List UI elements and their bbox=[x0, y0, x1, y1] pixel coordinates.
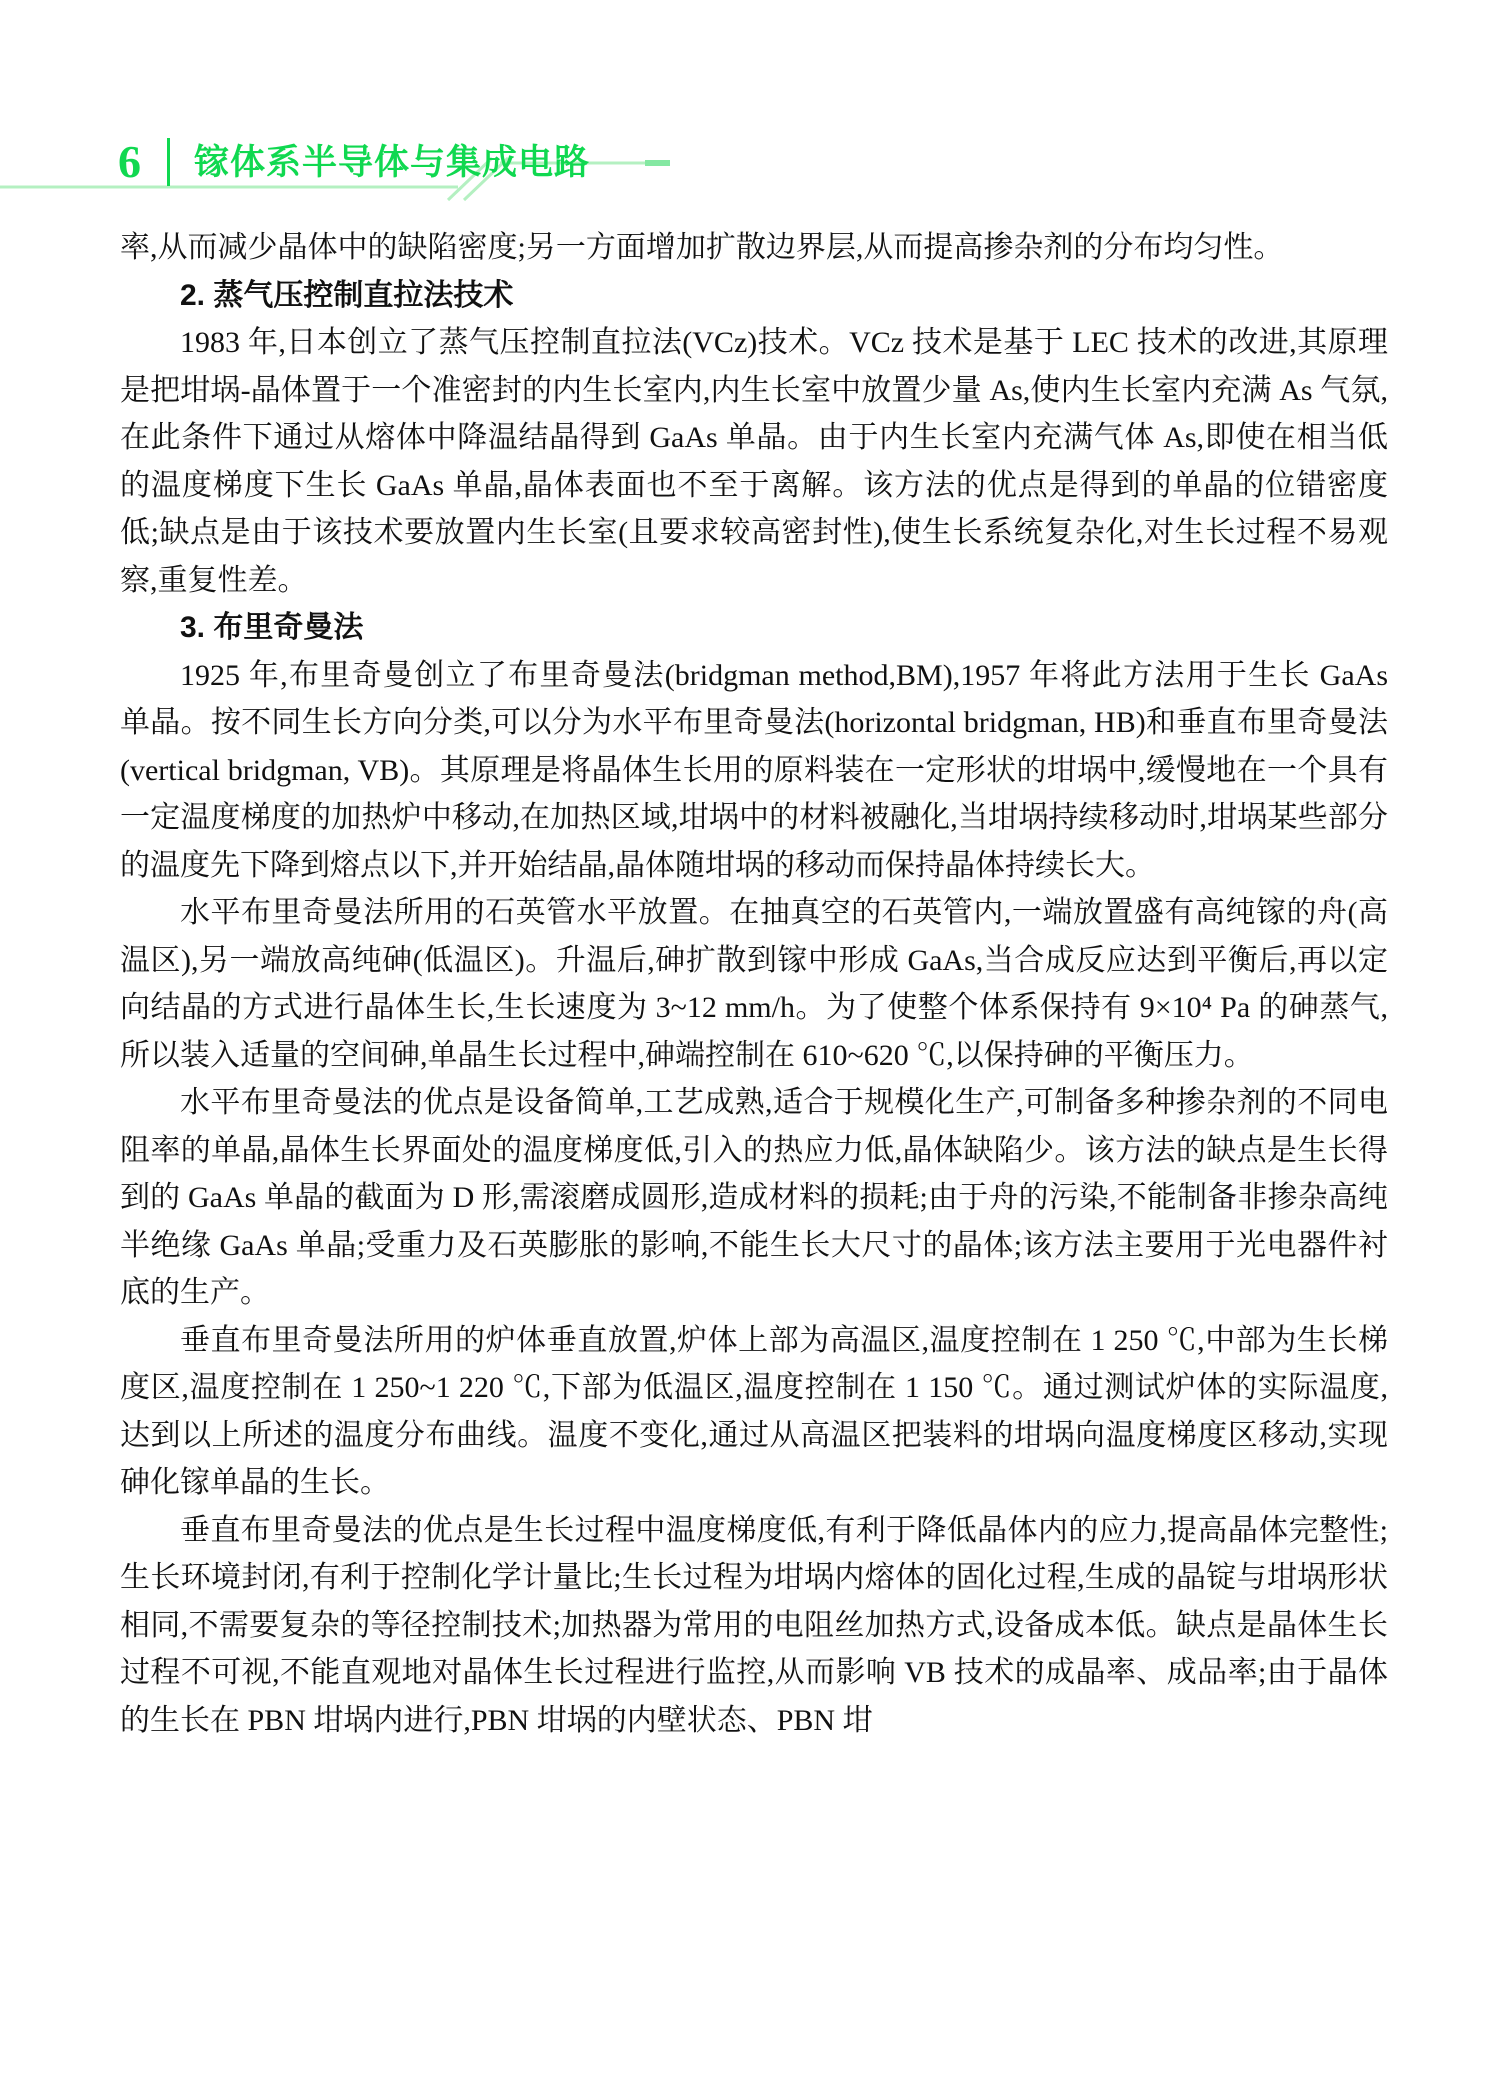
paragraph: 1983 年,日本创立了蒸气压控制直拉法(VCz)技术。VCz 技术是基于 LE… bbox=[120, 319, 1388, 604]
paragraph: 水平布里奇曼法所用的石英管水平放置。在抽真空的石英管内,一端放置盛有高纯镓的舟(… bbox=[120, 889, 1388, 1079]
header-divider bbox=[167, 138, 170, 186]
paragraph: 率,从而减少晶体中的缺陷密度;另一方面增加扩散边界层,从而提高掺杂剂的分布均匀性… bbox=[120, 224, 1388, 272]
section-heading: 2. 蒸气压控制直拉法技术 bbox=[120, 272, 1388, 320]
section-heading: 3. 布里奇曼法 bbox=[120, 604, 1388, 652]
paragraph: 垂直布里奇曼法所用的炉体垂直放置,炉体上部为高温区,温度控制在 1 250 ℃,… bbox=[120, 1317, 1388, 1507]
page-body: 率,从而减少晶体中的缺陷密度;另一方面增加扩散边界层,从而提高掺杂剂的分布均匀性… bbox=[120, 224, 1388, 1744]
header-rule-decoration bbox=[0, 0, 1497, 230]
paragraph: 1925 年,布里奇曼创立了布里奇曼法(bridgman method,BM),… bbox=[120, 652, 1388, 890]
book-page: { "page": { "header": { "page_number": "… bbox=[0, 0, 1497, 2095]
page-number: 6 bbox=[118, 139, 141, 185]
running-header: 6 镓体系半导体与集成电路 bbox=[118, 138, 590, 186]
book-title: 镓体系半导体与集成电路 bbox=[194, 145, 590, 180]
paragraph: 水平布里奇曼法的优点是设备简单,工艺成熟,适合于规模化生产,可制备多种掺杂剂的不… bbox=[120, 1079, 1388, 1317]
paragraph: 垂直布里奇曼法的优点是生长过程中温度梯度低,有利于降低晶体内的应力,提高晶体完整… bbox=[120, 1507, 1388, 1745]
